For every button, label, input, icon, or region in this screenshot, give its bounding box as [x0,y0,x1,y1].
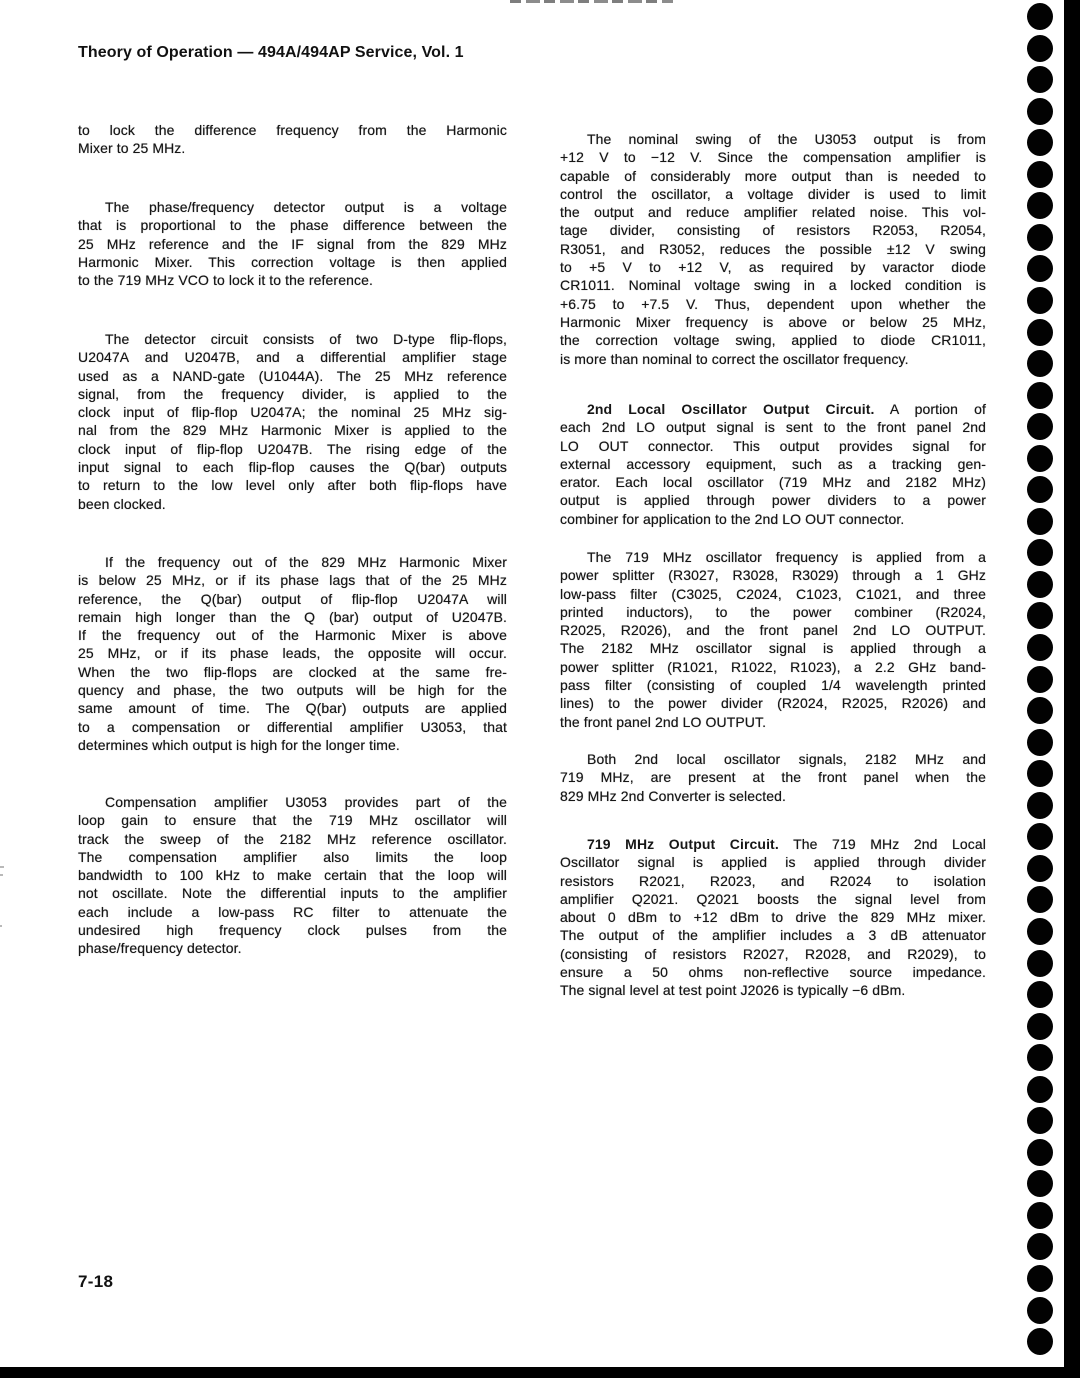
text-line: tage divider, consisting of resistors R2… [560,221,986,239]
text-line: not oscillate. Note the differential inp… [78,884,507,902]
text-line: 829 MHz 2nd Converter is selected. [560,787,986,805]
document-page: Theory of Operation — 494A/494AP Service… [0,0,1080,1378]
text-line: If the frequency out of the Harmonic Mix… [78,626,507,644]
text-line: low-pass filter (C3025, C2024, C1023, C1… [560,585,986,603]
binding-hole-icon [1027,1044,1053,1071]
text-line: 25 MHz, or if its phase leads, the oppos… [78,644,507,662]
text-line: The phase/frequency detector output is a… [78,198,507,216]
text-line: power splitter (R1021, R1022, R1023), a … [560,658,986,676]
text-line: clock input of flip-flop U2047B. The ris… [78,440,507,458]
binding-hole-icon [1027,602,1053,629]
paragraph: 2nd Local Oscillator Output Circuit. A p… [560,400,986,528]
text-line: that is proportional to the phase differ… [78,216,507,234]
text-line: determines which output is high for the … [78,736,507,754]
paragraph: The phase/frequency detector output is a… [78,198,507,289]
paragraph-heading: 719 MHz Output Circuit. [587,836,779,852]
text-line: printed inductors), to the power combine… [560,603,986,621]
text-line: When the two flip-flops are clocked at t… [78,663,507,681]
scan-edge-right-bar [1064,0,1080,1378]
text-line: If the frequency out of the 829 MHz Harm… [78,553,507,571]
paragraph-heading: 2nd Local Oscillator Output Circuit. [587,401,875,417]
text-line: input signal to each flip-flop causes th… [78,458,507,476]
text-line: output is applied through power dividers… [560,491,986,509]
binding-hole-icon [1027,886,1053,913]
text-line: same amount of time. The Q(bar) outputs … [78,699,507,717]
binding-hole-icon [1027,319,1053,346]
binding-hole-icon [1027,255,1053,282]
binding-hole-icon [1027,792,1053,819]
paragraph: Both 2nd local oscillator signals, 2182 … [560,750,986,805]
binding-hole-icon [1027,760,1053,787]
text-line: 25 MHz reference and the IF signal from … [78,235,507,253]
text-line: signal, from the frequency divider, is a… [78,385,507,403]
binding-hole-icon [1027,1265,1053,1292]
text-line: each include a low-pass RC filter to att… [78,903,507,921]
text-line: combiner for application to the 2nd LO O… [560,510,986,528]
text-line: external accessory equipment, such as a … [560,455,986,473]
binding-hole-icon [1027,1202,1053,1229]
binding-hole-icon [1027,981,1053,1008]
binding-hole-icon [1027,287,1053,314]
text-line: The 719 MHz oscillator frequency is appl… [560,548,986,566]
text-line: is below 25 MHz, or if its phase lags th… [78,571,507,589]
binding-hole-icon [1027,129,1053,156]
binding-hole-icon [1027,161,1053,188]
text-line: Mixer to 25 MHz. [78,139,507,157]
binding-hole-icon [1027,382,1053,409]
text-line: The detector circuit consists of two D-t… [78,330,507,348]
text-line: Harmonic Mixer frequency is above or bel… [560,313,986,331]
binding-hole-icon [1027,35,1053,62]
paragraph: The detector circuit consists of two D-t… [78,330,507,513]
text-line: Oscillator signal is applied is applied … [560,853,986,871]
text-line: amplifier Q2021. Q2021 boosts the signal… [560,890,986,908]
binding-hole-icon [1027,729,1053,756]
text-line: 719 MHz, are present at the front panel … [560,768,986,786]
paragraph: The 719 MHz oscillator frequency is appl… [560,548,986,731]
scan-noise-mark [0,874,3,876]
text-line: lines) to the power divider (R2024, R202… [560,694,986,712]
scan-edge-bottom-bar [0,1367,1080,1378]
text-line: CR1011. Nominal voltage swing in a locke… [560,276,986,294]
binding-hole-icon [1027,445,1053,472]
text-line: to +5 V to +12 V, as required by varacto… [560,258,986,276]
paragraph: The nominal swing of the U3053 output is… [560,130,986,368]
binding-hole-icon [1027,950,1053,977]
text-line: about 0 dBm to +12 dBm to drive the 829 … [560,908,986,926]
binding-hole-icon [1027,539,1053,566]
text-line: 2nd Local Oscillator Output Circuit. A p… [560,400,986,418]
paragraph: Compensation amplifier U3053 provides pa… [78,793,507,958]
text-line: to lock the difference frequency from th… [78,121,507,139]
text-line: U2047A and U2047B, and a differential am… [78,348,507,366]
paragraph: If the frequency out of the 829 MHz Harm… [78,553,507,754]
text-line: clock input of flip-flop U2047A; the nom… [78,403,507,421]
binding-hole-icon [1027,224,1053,251]
paragraph: 719 MHz Output Circuit. The 719 MHz 2nd … [560,835,986,1000]
text-line: been clocked. [78,495,507,513]
text-line: erator. Each local oscillator (719 MHz a… [560,473,986,491]
text-line: to the 719 MHz VCO to lock it to the ref… [78,271,507,289]
text-line: nal from the 829 MHz Harmonic Mixer is a… [78,421,507,439]
binding-hole-icon [1027,1233,1053,1260]
text-line: Compensation amplifier U3053 provides pa… [78,793,507,811]
binding-hole-icon [1027,508,1053,535]
text-line: undesired high frequency clock pulses fr… [78,921,507,939]
binding-hole-icon [1027,666,1053,693]
binding-hole-icon [1027,823,1053,850]
binding-hole-icon [1027,192,1053,219]
text-line: used as a NAND-gate (U1044A). The 25 MHz… [78,367,507,385]
text-line: Harmonic Mixer. This correction voltage … [78,253,507,271]
binding-hole-icon [1027,855,1053,882]
text-line: +12 V to −12 V. Since the compensation a… [560,148,986,166]
text-line: bandwidth to 100 kHz to make certain tha… [78,866,507,884]
text-line: The 2182 MHz oscillator signal is applie… [560,639,986,657]
binding-hole-icon [1027,1139,1053,1166]
text-line: ensure a 50 ohms non-reflective source i… [560,963,986,981]
text-line: the front panel 2nd LO OUTPUT. [560,713,986,731]
text-line: control the oscillator, a voltage divide… [560,185,986,203]
scan-noise-mark [0,866,4,868]
text-line: The output of the amplifier includes a 3… [560,926,986,944]
text-line: is more than nominal to correct the osci… [560,350,986,368]
binding-hole-icon [1027,634,1053,661]
text-line: phase/frequency detector. [78,939,507,957]
text-line: +6.75 to +7.5 V. Thus, dependent upon wh… [560,295,986,313]
binding-hole-icon [1027,350,1053,377]
text-line: The nominal swing of the U3053 output is… [560,130,986,148]
text-line: remain high longer than the Q (bar) outp… [78,608,507,626]
binding-hole-icon [1027,476,1053,503]
paragraph: to lock the difference frequency from th… [78,121,507,158]
text-line: the output and reduce amplifier related … [560,203,986,221]
text-line: pass filter (consisting of coupled 1/4 w… [560,676,986,694]
text-line: each 2nd LO output signal is sent to the… [560,418,986,436]
text-line: Both 2nd local oscillator signals, 2182 … [560,750,986,768]
binding-hole-icon [1027,1076,1053,1103]
binding-hole-icon [1027,918,1053,945]
text-line: The compensation amplifier also limits t… [78,848,507,866]
text-line: to a compensation or differential amplif… [78,718,507,736]
binding-hole-icon [1027,1107,1053,1134]
text-line: LO OUT connector. This output provides s… [560,437,986,455]
text-line: (consisting of resistors R2027, R2028, a… [560,945,986,963]
text-line: The signal level at test point J2026 is … [560,981,986,999]
text-line: R2025, R2026), and the front panel 2nd L… [560,621,986,639]
binding-hole-icon [1027,1170,1053,1197]
page-number: 7-18 [78,1272,113,1292]
text-line: capable of considerably more output than… [560,167,986,185]
binding-hole-icon [1027,1297,1053,1324]
text-line: quency and phase, the two outputs will b… [78,681,507,699]
text-line: R3051, and R3052, reduces the possible ±… [560,240,986,258]
binding-hole-icon [1027,413,1053,440]
scan-noise-mark [0,925,2,927]
binding-hole-icon [1027,697,1053,724]
text-line: to return to the low level only after bo… [78,476,507,494]
scan-artifact-dashed-line [510,0,673,3]
binding-hole-icon [1027,571,1053,598]
binding-hole-icon [1027,1328,1053,1355]
text-line: loop gain to ensure that the 719 MHz osc… [78,811,507,829]
binding-hole-icon [1027,3,1053,30]
text-line: 719 MHz Output Circuit. The 719 MHz 2nd … [560,835,986,853]
text-line: resistors R2021, R2023, and R2024 to iso… [560,872,986,890]
text-line: track the sweep of the 2182 MHz referenc… [78,830,507,848]
binding-hole-icon [1027,98,1053,125]
text-line: reference, the Q(bar) output of flip-flo… [78,590,507,608]
binding-hole-icon [1027,1013,1053,1040]
text-line: power splitter (R3027, R3028, R3029) thr… [560,566,986,584]
text-line: the correction voltage swing, applied to… [560,331,986,349]
page-title: Theory of Operation — 494A/494AP Service… [78,44,548,62]
binding-hole-icon [1027,66,1053,93]
